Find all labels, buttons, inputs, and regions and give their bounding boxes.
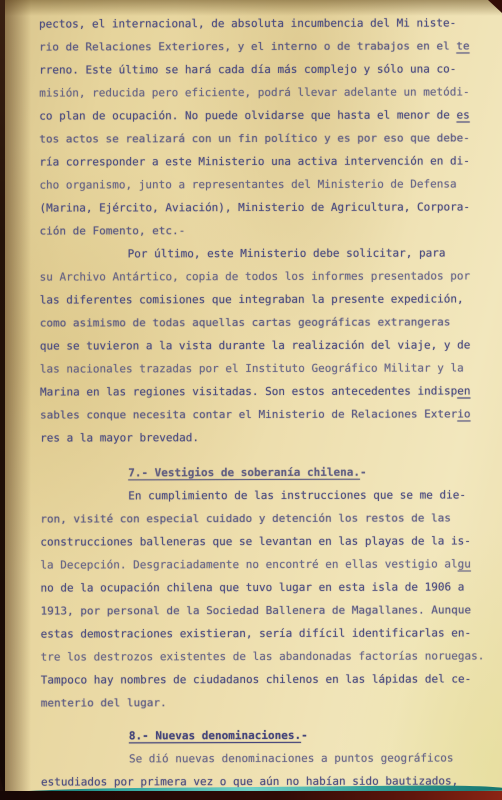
underlined-text-segment: es [456,108,469,121]
text-segment: 1913, por personal de la Sociedad Ballen… [41,603,472,617]
text-segment: (Marina, Ejército, Aviación), Ministerio… [39,200,470,214]
document-line: estas demostraciones existieran, sería d… [41,621,483,645]
document-line: 1913, por personal de la Sociedad Ballen… [41,598,483,622]
text-segment: cho organismo, junto a representantes de… [39,177,456,191]
underlined-text-segment: en [457,384,470,397]
document-text: pectos, el internacional, de absoluta in… [39,11,483,793]
scan-border-bottom [0,791,502,800]
text-segment: rreno. Este último se hará cada día más … [39,62,456,76]
document-line: no de la ocupación chilena que tuvo luga… [40,575,482,599]
text-segment: tos actos se realizará con un fin políti… [39,131,470,145]
typewritten-page: pectos, el internacional, de absoluta in… [0,0,502,800]
text-segment: ron, visité con especial cuidado y deten… [40,512,451,526]
document-line: ría corresponder a este Ministerio una a… [39,149,481,173]
text-segment: menterio del lugar. [41,696,167,709]
document-line: Se dió nuevas denominaciones a puntos ge… [41,746,483,770]
document-line: ción de Fomento, etc.- [40,218,482,242]
section-heading: 7.- Vestigios de soberanía chilena.- [40,460,482,484]
text-segment: sables conque necesita contar el Ministe… [40,407,457,421]
document-line: construcciones balleneras que se levanta… [40,529,482,553]
document-line: la Decepción. Desgraciadamente no encont… [40,552,482,576]
text-segment: no de la ocupación chilena que tuvo luga… [40,580,464,594]
document-line: En cumplimiento de las instrucciones que… [40,483,482,507]
text-segment: Marina en las regiones visitadas. Son es… [40,384,457,398]
document-line: pectos, el internacional, de absoluta in… [39,11,481,35]
scan-border-left [0,0,5,800]
text-segment: ría corresponder a este Ministerio una a… [39,154,470,168]
document-line: co plan de ocupación. No puede olvidarse… [39,103,481,127]
document-line: rreno. Este último se hará cada día más … [39,57,481,81]
document-line: que se tuvieron a la vista durante la re… [40,333,482,357]
document-line: sables conque necesita contar el Ministe… [40,402,482,426]
document-line: cho organismo, junto a representantes de… [39,172,481,196]
text-segment: - [360,466,367,479]
text-segment: - [301,729,308,742]
text-segment: como asimismo de todas aquellas cartas g… [40,316,451,330]
document-line: res a la mayor brevedad. [40,425,482,449]
underlined-text-segment: 8.- Nuevas denominaciones. [129,729,301,742]
text-segment: su Archivo Antártico, copia de todos los… [40,269,471,283]
document-line: Por último, este Ministerio debe solicit… [40,241,482,265]
text-segment: En cumplimiento de las instrucciones que… [128,488,466,502]
text-segment: la Decepción. Desgraciadamente no encont… [40,557,457,571]
document-line: tos actos se realizará con un fin políti… [39,126,481,150]
document-line: rio de Relaciones Exteriores, y el inter… [39,34,481,58]
underlined-text-segment: gu [458,557,471,570]
text-segment: pectos, el internacional, de absoluta in… [39,16,456,30]
text-segment: co plan de ocupación. No puede olvidarse… [39,108,456,122]
document-line: las nacionales trazadas por el Instituto… [40,356,482,380]
text-segment: tre los destrozos existentes de las aban… [41,649,485,663]
document-line: como asimismo de todas aquellas cartas g… [40,310,482,334]
text-segment: Por último, este Ministerio debe solicit… [128,247,446,261]
document-line: Tampoco hay nombres de ciudadanos chilen… [41,667,483,691]
document-line: su Archivo Antártico, copia de todos los… [40,264,482,288]
text-segment: que se tuvieron a la vista durante la re… [40,338,471,352]
text-segment: Se dió nuevas denominaciones a puntos ge… [129,751,454,765]
text-segment: rio de Relaciones Exteriores, y el inter… [39,39,456,53]
text-segment: res a la mayor brevedad. [40,431,199,444]
paper-edge-left-shadow [5,0,31,800]
underlined-text-segment: 7.- Vestigios de soberanía chilena. [128,466,360,480]
document-line: Marina en las regiones visitadas. Son es… [40,379,482,403]
section-heading: 8.- Nuevas denominaciones.- [41,723,483,747]
text-segment: misión, reducida pero eficiente, podrá l… [39,85,470,99]
text-segment: las nacionales trazadas por el Instituto… [40,361,464,375]
document-line: (Marina, Ejército, Aviación), Ministerio… [39,195,481,219]
text-segment: las diferentes comisiones que integraban… [40,292,464,306]
document-line: tre los destrozos existentes de las aban… [41,644,483,668]
document-line: misión, reducida pero eficiente, podrá l… [39,80,481,104]
document-line: las diferentes comisiones que integraban… [40,287,482,311]
underlined-text-segment: io [457,407,470,420]
text-segment: estas demostraciones existieran, sería d… [41,626,472,640]
document-line: ron, visité con especial cuidado y deten… [40,506,482,530]
text-segment: Tampoco hay nombres de ciudadanos chilen… [41,672,472,686]
text-segment: construcciones balleneras que se levanta… [40,534,471,548]
underlined-text-segment: te [456,39,469,52]
document-line: menterio del lugar. [41,690,483,714]
text-segment: ción de Fomento, etc.- [40,224,186,237]
